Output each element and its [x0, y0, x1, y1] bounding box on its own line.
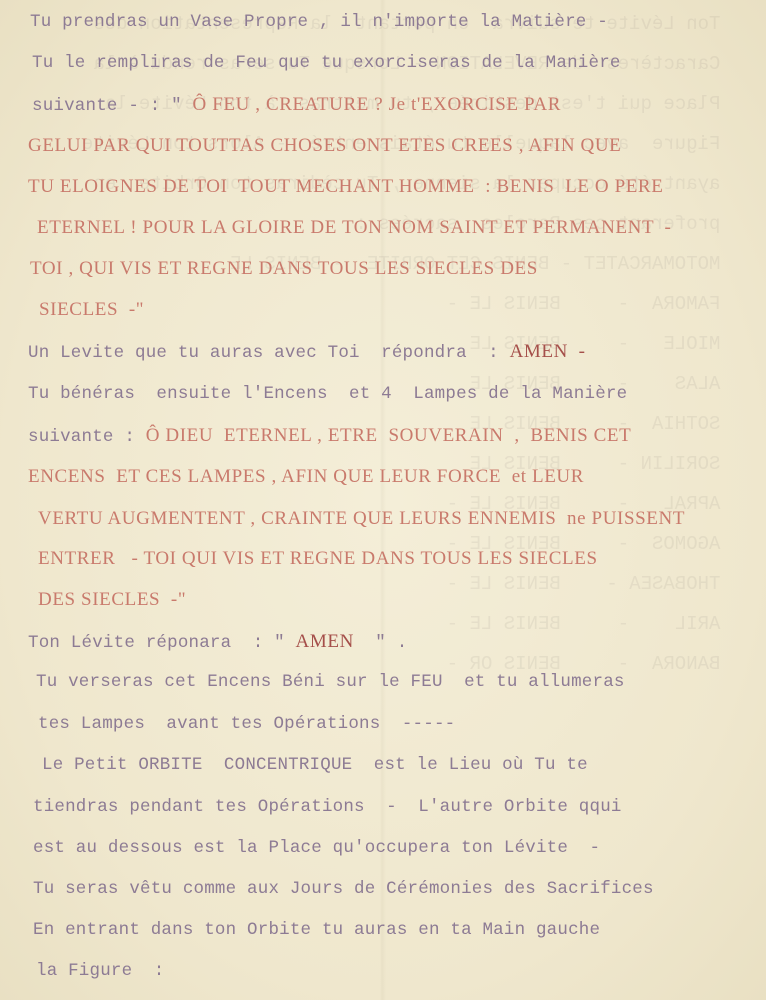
text-line-24: la Figure :	[36, 961, 164, 981]
text-line-9: Un Levite que tu auras avec Toi répondra…	[28, 341, 586, 363]
text-line-20: tiendras pendant tes Opérations - L'autr…	[33, 797, 622, 817]
text-line-1: Tu prendras un Vase Propre , il n'import…	[30, 12, 608, 32]
text-line-16: Ton Lévite réponara : " AMEN " .	[28, 631, 407, 653]
text-line-7: TOI , QUI VIS ET REGNE DANS TOUS LES SIE…	[30, 258, 538, 280]
text-line-15: DES SIECLES -"	[38, 589, 186, 611]
text-line-4: GELUI PAR QUI TOUTTAS CHOSES ONT ETES CR…	[28, 135, 621, 157]
text-line-17: Tu verseras cet Encens Béni sur le FEU e…	[36, 672, 625, 692]
typewritten-text: Tu prendras un Vase Propre , il n'import…	[0, 0, 766, 1000]
text-line-8: SIECLES -"	[39, 299, 144, 321]
text-line-3-a: suivante - : "	[32, 96, 193, 116]
text-line-5: TU ELOIGNES DE TOI TOUT MECHANT HOMME : …	[28, 176, 663, 198]
text-line-3-b: Ô FEU , CREATURE ? Je t'EXORCISE PAR	[193, 94, 561, 115]
text-line-19: Le Petit ORBITE CONCENTRIQUE est le Lieu…	[42, 755, 588, 775]
text-line-11-b: Ô DIEU ETERNEL , ETRE SOUVERAIN , BENIS …	[146, 425, 632, 446]
text-line-11: suivante : Ô DIEU ETERNEL , ETRE SOUVERA…	[28, 425, 631, 447]
text-line-21: est au dessous est la Place qu'occupera …	[33, 838, 600, 858]
text-line-12: ENCENS ET CES LAMPES , AFIN QUE LEUR FOR…	[28, 466, 584, 488]
text-line-2: Tu le rempliras de Feu que tu exorcisera…	[32, 53, 621, 73]
text-line-23: En entrant dans ton Orbite tu auras en t…	[33, 920, 600, 940]
text-line-14: ENTRER - TOI QUI VIS ET REGNE DANS TOUS …	[38, 548, 598, 570]
text-line-6: ETERNEL ! POUR LA GLOIRE DE TON NOM SAIN…	[37, 217, 671, 239]
text-line-22: Tu seras vêtu comme aux Jours de Cérémon…	[33, 879, 654, 899]
text-line-16-b: AMEN	[296, 631, 354, 652]
text-line-13: VERTU AUGMENTENT , CRAINTE QUE LEURS ENN…	[38, 508, 685, 530]
text-line-9-a: Un Levite que tu auras avec Toi répondra…	[28, 343, 510, 363]
text-line-16-a: Ton Lévite réponara : "	[28, 633, 296, 653]
text-line-10: Tu bénéras ensuite l'Encens et 4 Lampes …	[28, 384, 627, 404]
text-line-18: tes Lampes avant tes Opérations -----	[38, 714, 455, 734]
text-line-16-c: " .	[354, 633, 408, 653]
text-line-11-a: suivante :	[28, 427, 146, 447]
text-line-9-b: AMEN -	[510, 341, 586, 362]
text-line-3: suivante - : " Ô FEU , CREATURE ? Je t'E…	[32, 94, 561, 116]
